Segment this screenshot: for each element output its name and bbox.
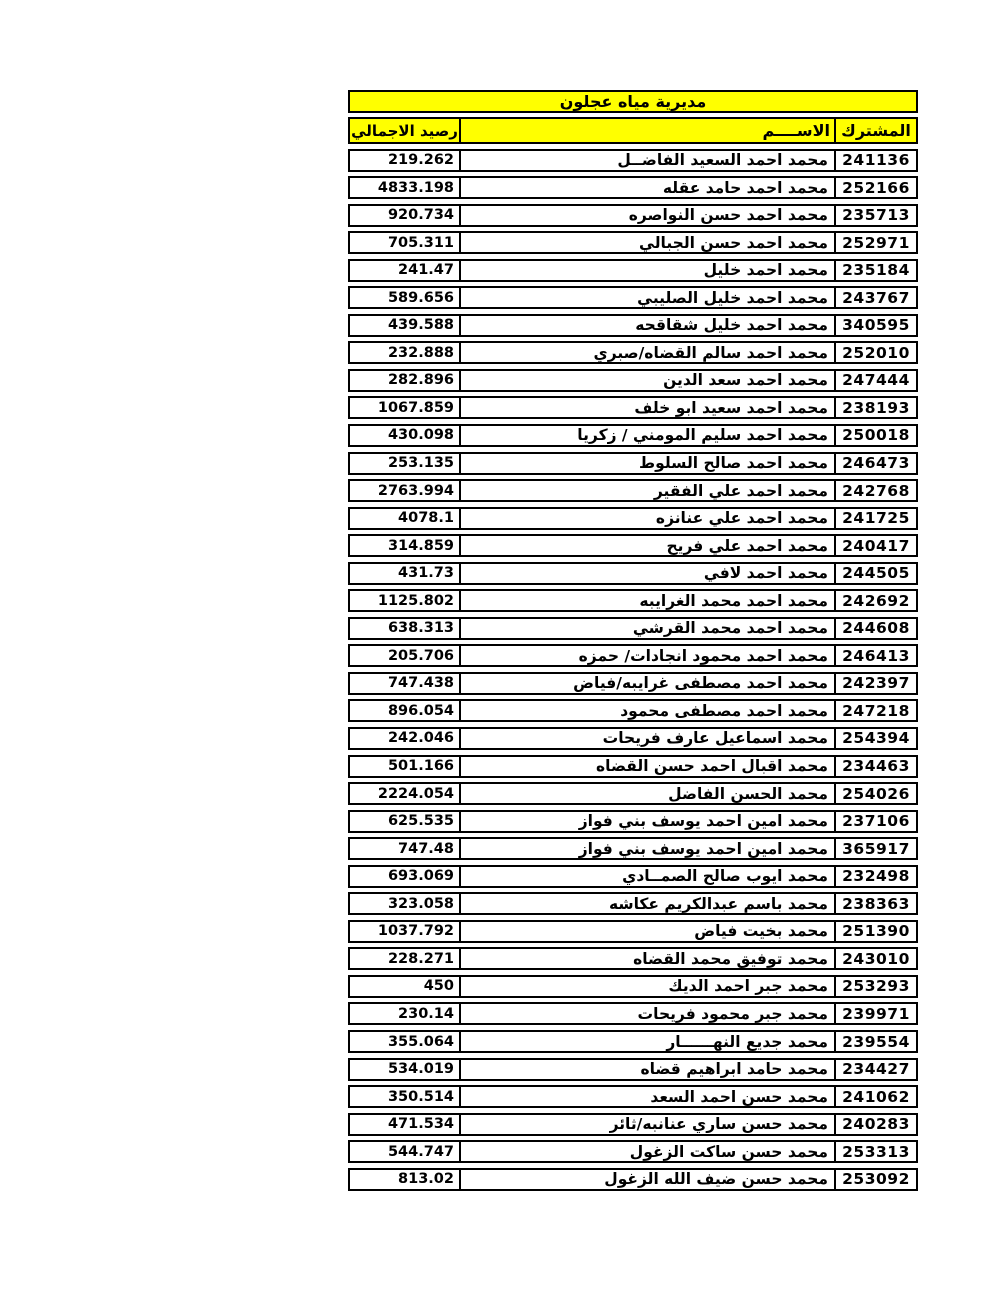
balance-value: 323.058	[350, 894, 461, 913]
subscriber-number: 242768	[836, 481, 916, 500]
subscriber-number: 239554	[836, 1032, 916, 1051]
balance-value: 896.054	[350, 701, 461, 720]
subscriber-number: 253313	[836, 1142, 916, 1161]
table-row: 252166 محمد احمد حامد عقله 4833.198	[348, 176, 918, 199]
balance-value: 638.313	[350, 619, 461, 638]
spreadsheet-page: مديرية مياه عجلون المشترك الاســــم رصيد…	[0, 0, 1000, 1294]
subscriber-name: محمد حسن ساري عنانبه/ثائر	[461, 1115, 836, 1134]
balance-value: 253.135	[350, 454, 461, 473]
subscriber-name: محمد حسن احمد السعد	[461, 1087, 836, 1106]
table-row: 232498 محمد ايوب صالح الصمــادي 693.069	[348, 865, 918, 888]
subscriber-name: محمد احمد السعيد الفاضــل	[461, 151, 836, 170]
subscriber-number: 240417	[836, 536, 916, 555]
table-header-row: المشترك الاســــم رصيد الاجمالي	[348, 117, 918, 144]
balance-value: 219.262	[350, 151, 461, 170]
subscriber-number: 243767	[836, 288, 916, 307]
balance-value: 1037.792	[350, 922, 461, 941]
subscriber-name: محمد احمد صالح السلوط	[461, 454, 836, 473]
table-row: 250018 محمد احمد سليم المومني / زكريا 43…	[348, 424, 918, 447]
balance-value: 534.019	[350, 1060, 461, 1079]
subscriber-name: محمد احمد خليل شقاقحه	[461, 316, 836, 335]
subscriber-number: 239971	[836, 1004, 916, 1023]
subscriber-name: محمد احمد سعد الدين	[461, 371, 836, 390]
table-title: مديرية مياه عجلون	[348, 90, 918, 113]
subscriber-number: 234427	[836, 1060, 916, 1079]
subscriber-number: 240283	[836, 1115, 916, 1134]
subscriber-number: 232498	[836, 867, 916, 886]
subscriber-name: محمد احمد مصطفى غرايبه/فياض	[461, 674, 836, 693]
table-row: 254394 محمد اسماعيل عارف فريحات 242.046	[348, 727, 918, 750]
table-row: 253092 محمد حسن ضيف الله الزغول 813.02	[348, 1168, 918, 1191]
table-row: 238363 محمد باسم عبدالكريم عكاشه 323.058	[348, 892, 918, 915]
balance-value: 747.48	[350, 839, 461, 858]
header-subscriber-column: المشترك	[836, 119, 916, 142]
balance-value: 705.311	[350, 233, 461, 252]
balance-value: 2763.994	[350, 481, 461, 500]
subscriber-name: محمد احمد حسن الجبالي	[461, 233, 836, 252]
subscriber-number: 238193	[836, 398, 916, 417]
subscriber-name: محمد احمد خليل	[461, 261, 836, 280]
balance-value: 355.064	[350, 1032, 461, 1051]
balance-value: 471.534	[350, 1115, 461, 1134]
subscriber-name: محمد امين احمد يوسف بني فواز	[461, 839, 836, 858]
table-row: 244505 محمد احمد لافي 431.73	[348, 562, 918, 585]
subscriber-name: محمد حسن ضيف الله الزغول	[461, 1170, 836, 1189]
subscriber-name: محمد جبر محمود فريحات	[461, 1004, 836, 1023]
table-row: 241062 محمد حسن احمد السعد 350.514	[348, 1085, 918, 1108]
subscriber-name: محمد احمد حسن النواصره	[461, 206, 836, 225]
subscriber-name: محمد اسماعيل عارف فريحات	[461, 729, 836, 748]
subscriber-name: محمد باسم عبدالكريم عكاشه	[461, 894, 836, 913]
balance-value: 431.73	[350, 564, 461, 583]
table-row: 243010 محمد توفيق محمد القضاه 228.271	[348, 947, 918, 970]
subscriber-name: محمد بخيت فياض	[461, 922, 836, 941]
subscriber-name: محمد احمد علي الفقير	[461, 481, 836, 500]
balance-value: 747.438	[350, 674, 461, 693]
subscriber-number: 251390	[836, 922, 916, 941]
subscriber-number: 235184	[836, 261, 916, 280]
table-row: 242397 محمد احمد مصطفى غرايبه/فياض 747.4…	[348, 672, 918, 695]
subscriber-number: 247444	[836, 371, 916, 390]
table-row: 247218 محمد احمد مصطفى محمود 896.054	[348, 699, 918, 722]
subscriber-number: 237106	[836, 812, 916, 831]
subscriber-number: 244505	[836, 564, 916, 583]
table-row: 235713 محمد احمد حسن النواصره 920.734	[348, 204, 918, 227]
balance-value: 314.859	[350, 536, 461, 555]
subscriber-number: 246413	[836, 646, 916, 665]
balance-value: 4078.1	[350, 509, 461, 528]
table-row: 252971 محمد احمد حسن الجبالي 705.311	[348, 231, 918, 254]
table-row: 239971 محمد جبر محمود فريحات 230.14	[348, 1002, 918, 1025]
table-row: 340595 محمد احمد خليل شقاقحه 439.588	[348, 314, 918, 337]
table-row: 239554 محمد جديع النهــــــار 355.064	[348, 1030, 918, 1053]
balance-value: 589.656	[350, 288, 461, 307]
table-row: 253313 محمد حسن ساكت الزغول 544.747	[348, 1140, 918, 1163]
balance-value: 4833.198	[350, 178, 461, 197]
subscriber-number: 253092	[836, 1170, 916, 1189]
balance-value: 450	[350, 977, 461, 996]
balance-value: 241.47	[350, 261, 461, 280]
table-row: 242692 محمد احمد محمد الغرايبه 1125.802	[348, 589, 918, 612]
balance-value: 242.046	[350, 729, 461, 748]
subscriber-name: محمد احمد سليم المومني / زكريا	[461, 426, 836, 445]
table-row: 242768 محمد احمد علي الفقير 2763.994	[348, 479, 918, 502]
table-row: 235184 محمد احمد خليل 241.47	[348, 259, 918, 282]
subscriber-number: 235713	[836, 206, 916, 225]
subscriber-name: محمد احمد مصطفى محمود	[461, 701, 836, 720]
subscriber-name: محمد احمد خليل الصليبي	[461, 288, 836, 307]
table-row: 247444 محمد احمد سعد الدين 282.896	[348, 369, 918, 392]
subscriber-number: 250018	[836, 426, 916, 445]
table-row: 246413 محمد احمد محمود انجادات/ حمزه 205…	[348, 644, 918, 667]
table-row: 254026 محمد الحسن الفاضل 2224.054	[348, 782, 918, 805]
table-row: 365917 محمد امين احمد يوسف بني فواز 747.…	[348, 837, 918, 860]
subscriber-name: محمد احمد سعيد ابو خلف	[461, 398, 836, 417]
subscriber-name: محمد توفيق محمد القضاه	[461, 949, 836, 968]
subscriber-number: 234463	[836, 757, 916, 776]
subscriber-name: محمد احمد علي عنانزه	[461, 509, 836, 528]
balance-value: 228.271	[350, 949, 461, 968]
table-row: 234463 محمد اقبال احمد حسن القضاه 501.16…	[348, 755, 918, 778]
table-row: 251390 محمد بخيت فياض 1037.792	[348, 920, 918, 943]
balance-value: 813.02	[350, 1170, 461, 1189]
subscriber-number: 252166	[836, 178, 916, 197]
subscriber-name: محمد احمد سالم القضاه/صبري	[461, 343, 836, 362]
subscriber-name: محمد ايوب صالح الصمــادي	[461, 867, 836, 886]
subscriber-number: 238363	[836, 894, 916, 913]
balance-value: 1067.859	[350, 398, 461, 417]
subscriber-number: 254394	[836, 729, 916, 748]
balance-value: 205.706	[350, 646, 461, 665]
subscriber-number: 242397	[836, 674, 916, 693]
subscriber-number: 243010	[836, 949, 916, 968]
table-row: 244608 محمد احمد محمد القرشي 638.313	[348, 617, 918, 640]
balance-value: 350.514	[350, 1087, 461, 1106]
subscriber-number: 241136	[836, 151, 916, 170]
subscriber-name: محمد جبر احمد الديك	[461, 977, 836, 996]
subscriber-number: 252971	[836, 233, 916, 252]
header-name-column: الاســــم	[461, 119, 836, 142]
subscriber-number: 252010	[836, 343, 916, 362]
table-row: 252010 محمد احمد سالم القضاه/صبري 232.88…	[348, 341, 918, 364]
balance-value: 1125.802	[350, 591, 461, 610]
balance-value: 2224.054	[350, 784, 461, 803]
table-row: 243767 محمد احمد خليل الصليبي 589.656	[348, 286, 918, 309]
header-balance-column: رصيد الاجمالي	[350, 119, 461, 142]
subscriber-number: 242692	[836, 591, 916, 610]
subscriber-name: محمد اقبال احمد حسن القضاه	[461, 757, 836, 776]
subscriber-name: محمد احمد محمد القرشي	[461, 619, 836, 638]
balance-value: 501.166	[350, 757, 461, 776]
balance-value: 232.888	[350, 343, 461, 362]
table-row: 253293 محمد جبر احمد الديك 450	[348, 975, 918, 998]
balance-value: 920.734	[350, 206, 461, 225]
subscriber-number: 365917	[836, 839, 916, 858]
table-row: 241725 محمد احمد علي عنانزه 4078.1	[348, 507, 918, 530]
subscriber-number: 247218	[836, 701, 916, 720]
table-row: 241136 محمد احمد السعيد الفاضــل 219.262	[348, 149, 918, 172]
subscriber-number: 241062	[836, 1087, 916, 1106]
balance-value: 282.896	[350, 371, 461, 390]
table-row: 246473 محمد احمد صالح السلوط 253.135	[348, 452, 918, 475]
subscriber-name: محمد احمد علي فريح	[461, 536, 836, 555]
table-row: 238193 محمد احمد سعيد ابو خلف 1067.859	[348, 396, 918, 419]
subscriber-name: محمد احمد محمد الغرايبه	[461, 591, 836, 610]
subscriber-name: محمد الحسن الفاضل	[461, 784, 836, 803]
subscriber-name: محمد احمد حامد عقله	[461, 178, 836, 197]
subscriber-name: محمد احمد لافي	[461, 564, 836, 583]
balance-value: 430.098	[350, 426, 461, 445]
table-row: 240283 محمد حسن ساري عنانبه/ثائر 471.534	[348, 1113, 918, 1136]
subscriber-number: 246473	[836, 454, 916, 473]
balance-value: 544.747	[350, 1142, 461, 1161]
subscriber-number: 340595	[836, 316, 916, 335]
balance-value: 693.069	[350, 867, 461, 886]
table-row: 237106 محمد امين احمد يوسف بني فواز 625.…	[348, 810, 918, 833]
subscriber-name: محمد حسن ساكت الزغول	[461, 1142, 836, 1161]
subscriber-number: 254026	[836, 784, 916, 803]
subscriber-number: 241725	[836, 509, 916, 528]
table-row: 234427 محمد حامد ابراهيم قضاه 534.019	[348, 1058, 918, 1081]
balance-value: 439.588	[350, 316, 461, 335]
subscriber-number: 253293	[836, 977, 916, 996]
subscriber-name: محمد احمد محمود انجادات/ حمزه	[461, 646, 836, 665]
subscriber-name: محمد جديع النهــــــار	[461, 1032, 836, 1051]
subscribers-balance-table: مديرية مياه عجلون المشترك الاســــم رصيد…	[348, 90, 918, 1191]
table-row: 240417 محمد احمد علي فريح 314.859	[348, 534, 918, 557]
subscriber-name: محمد حامد ابراهيم قضاه	[461, 1060, 836, 1079]
balance-value: 625.535	[350, 812, 461, 831]
subscriber-number: 244608	[836, 619, 916, 638]
subscriber-name: محمد امين احمد يوسف بني فواز	[461, 812, 836, 831]
balance-value: 230.14	[350, 1004, 461, 1023]
table-body: 241136 محمد احمد السعيد الفاضــل 219.262…	[348, 149, 918, 1191]
